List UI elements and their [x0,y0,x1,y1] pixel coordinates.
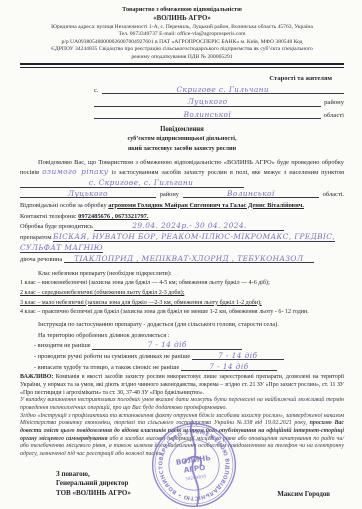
org-bank-account: р/р UA093805480000026007004927601 в ПАТ … [20,39,344,45]
body-region-label: області. [323,190,344,201]
hazard-class-list: Клас небезпеки препарату (необхідне підк… [20,270,344,319]
seal-center-line2: АГРО [183,463,206,475]
hazard-class-2: 2 клас – середньонебезпечні (обмеження л… [20,289,344,299]
hazard-heading: Клас небезпеки препарату (необхідне підк… [20,270,344,280]
company-seal: ТОВАРИСТВО З ОБМЕЖЕНОЮ ВІДПОВІДАЛЬНІСТЮ … [144,415,243,509]
org-vat: режиму оподаткування ПДВ № 200065291 [20,54,344,60]
recipient-district-line: Луцького району [94,98,344,106]
body-text: Повідомляю Вас, що Товариством з обмежен… [20,158,344,266]
instruction-item-3: - випасати худобу та птицю, а також сіно… [20,363,344,374]
instruction-item-2: - проводити ручні роботи на суміжних діл… [20,352,344,363]
letterhead: Товариство з обмеженою відповідальністю … [20,6,344,60]
important-text-2: У випадку виникнення несприятливих погод… [20,397,344,412]
crop-handwritten: озимого ріпаку [42,167,108,176]
signatory-title: Генеральний директор [56,479,131,489]
preparations-handwritten: БІСКАЯ, НУВАТОН БОР, РЕАКОМ-ПЛЮС-МІКРОМА… [20,232,335,253]
district-label: району [324,99,344,106]
dates-handwritten: 29.04. 2024р.- 30 04. 2024. [94,222,284,230]
org-type: Товариство з обмеженою відповідальністю [20,6,344,13]
org-edrpou: ЄДРПОУ 34244835 Свідоцтво про реєстрацію… [20,46,344,52]
region-handwritten: Волинської [94,111,321,119]
settlements-handwritten: с. Скригове, с. Гильгани [20,179,244,187]
recipient-village-line: с. Скригове с. Гильчани [94,86,344,94]
preparations-line: препаратом БІСКАЯ, НУВАТОН БОР, РЕАКОМ-П… [20,233,344,255]
org-contacts: Тел. 0673340737 E-mail: office-vla@agrop… [20,31,344,37]
recipient-block: Старості та жителям с. Скригове с. Гильч… [94,75,344,119]
body-district-label: району [160,190,179,201]
active-substance-handwritten: ТІАКЛОПРИД , МЕПІКВАТ-ХЛОРИД , ТЕБУКОНАЗ… [64,255,314,263]
hazard-class-1: 1 клас – високонебезпечні (захисна зона … [20,279,344,289]
instruction-item-3-handwritten: 7 - 14 діб [181,363,277,371]
org-name: «ВОЛИНЬ АГРО» [20,15,344,22]
hazard-class-3: 3 клас – мало небезпечні (захисна зона д… [20,299,344,309]
preparations-label: препаратом [20,234,51,241]
closing-phrase: З повагою, [56,470,131,480]
instruction-intro-1: Інструкція по застосуванню препарату - д… [20,320,344,331]
intro-paragraph: Повідомляю Вас, що Товариством з обмежен… [20,158,344,190]
district-region-line: Луцького району Волинської області. [20,190,344,201]
important-text-1: Компанія в якості засобів захисту рослин… [20,374,344,395]
title-line1: Повідомлення [20,126,344,133]
instruction-item-2-handwritten: 7 - 14 діб [192,352,284,360]
body-district-handwritten: Луцького [20,190,156,198]
phone-numbers: 0972485676 , 0673321797. [78,213,148,220]
instruction-item-2-label: - проводити ручні роботи на суміжних діл… [34,353,190,360]
responsible-names: агрономи Голядюк Майран Євгенович та Гал… [108,202,304,209]
instructions-block: Інструкція по застосуванню препарату - д… [20,320,344,373]
intro-text-2: із застосуванням засобів захисту рослин … [111,169,344,176]
document-title: Повідомлення суб’єктом підприємницької д… [20,126,344,151]
signatory-titles: З повагою, Генеральний директор ТОВ «ВОЛ… [56,470,131,499]
body-region-handwritten: Волинської [183,190,319,198]
region-label: області [324,112,344,119]
signatory-name: Максим Городов [277,490,330,498]
org-address: Юридична адреса: вулиця Незалежності 1-А… [20,24,344,30]
title-line3: який застосовує засоби захисту рослин [20,145,344,152]
signatory-company: ТОВ «ВОЛИНЬ АГРО» [56,489,131,499]
important-label: ВАЖЛИВО: [20,374,53,380]
instruction-item-3-label: - випасати худобу та птицю, а також сіно… [34,364,179,371]
dates-label: Обробка буде проводитись [20,223,93,230]
title-line2: суб’єктом підприємницької діяльності, [20,135,344,142]
hazard-class-4: 4 клас – практично безпечні для бджіл (з… [20,308,344,318]
recipient-salutation: Старості та жителям [94,75,344,82]
responsible-line: Відповідальні особи за обробку агрономи … [20,201,344,212]
instruction-item-1-label: - виходити не раніше [34,342,91,349]
village-prefix: с. [94,87,99,94]
header-divider [20,63,344,68]
instruction-item-1-handwritten: 7 - 14 діб [92,341,242,349]
active-substance-line: діюча речовина ТІАКЛОПРИД , МЕПІКВАТ-ХЛО… [20,255,344,266]
instruction-item-1: - виходити не раніше 7 - 14 діб [20,341,344,352]
phones-label: Контактні телефони: [20,213,77,220]
recipient-region-line: Волинської області [94,111,344,119]
responsible-label: Відповідальні особи за обробку [20,202,107,209]
village-handwritten: Скригове с. Гильчани [102,86,344,94]
active-substance-label: діюча речовина [20,256,62,263]
district-handwritten: Луцького [94,98,321,106]
scanned-notification-letter: Товариство з обмеженою відповідальністю … [0,0,362,509]
